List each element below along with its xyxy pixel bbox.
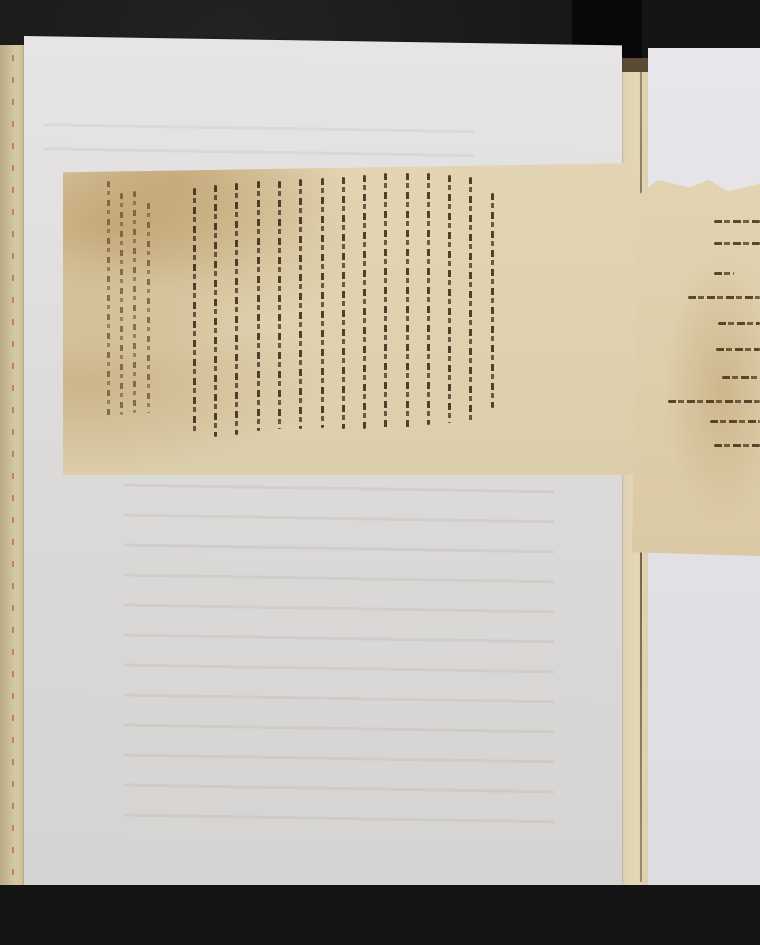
script-line — [120, 193, 123, 415]
script-line — [321, 178, 324, 428]
red-ruling-marks — [12, 55, 14, 875]
script-line — [133, 191, 136, 413]
script-line — [384, 173, 387, 428]
script-line — [427, 173, 430, 425]
script-line — [714, 242, 760, 245]
script-line — [714, 220, 760, 223]
script-line — [718, 322, 760, 325]
dark-background-bottom — [0, 885, 760, 945]
bleed-through-text — [124, 468, 554, 835]
script-line — [235, 183, 238, 435]
manuscript-scrap-main: 24 — [63, 163, 639, 475]
script-line — [257, 181, 260, 431]
script-line — [469, 177, 472, 421]
script-line — [363, 175, 366, 429]
script-line — [406, 173, 409, 428]
script-line — [716, 348, 760, 351]
script-line — [668, 400, 760, 403]
script-line — [342, 177, 345, 429]
script-line — [107, 181, 110, 416]
script-line — [278, 181, 281, 429]
script-line — [688, 296, 760, 299]
script-line — [714, 272, 734, 275]
script-line — [722, 376, 760, 379]
script-line — [714, 444, 760, 447]
script-line — [147, 203, 150, 413]
manuscript-scrap-right — [632, 180, 760, 556]
script-line — [299, 179, 302, 429]
script-line — [448, 175, 451, 423]
script-line — [193, 188, 196, 433]
script-line — [491, 193, 494, 408]
script-line — [214, 185, 217, 437]
script-line — [710, 420, 760, 423]
